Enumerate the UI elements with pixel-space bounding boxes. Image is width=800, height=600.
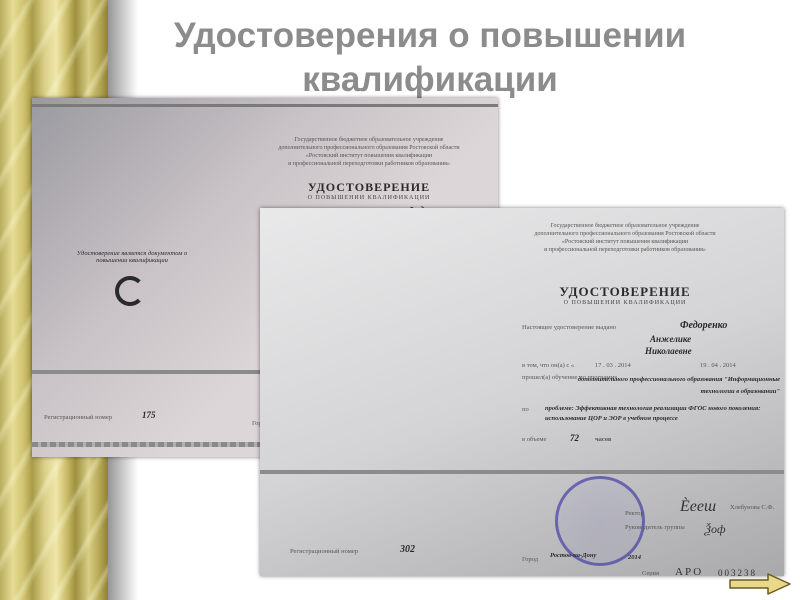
org-line: дополнительного профессионального образо… [490,230,760,238]
certificate-subheading: О ПОВЫШЕНИИ КВАЛИФИКАЦИИ [520,300,730,306]
org-line: Государственное бюджетное образовательно… [490,222,760,230]
city-label: Город [522,556,538,563]
date-to: 19 . 04 . 2014 [700,362,736,369]
rector-label: Ректор [625,510,644,517]
year: 2014 [628,554,641,561]
reg-label: Регистрационный номер [44,414,112,421]
first-name: Анжелике [650,334,691,344]
org-line: и профессиональной переподготовки работн… [254,160,484,168]
right-arrow-icon[interactable] [728,573,792,595]
certificate-heading: УДОСТОВЕРЕНИЕ [520,284,730,300]
certificate-photo-2: Государственное бюджетное образовательно… [260,208,784,576]
hours: 72 [570,433,579,443]
org-line: дополнительного профессионального образо… [254,144,484,152]
top-border [32,104,498,107]
left-panel-text: Удостоверение является документом о повы… [62,250,202,264]
divider-band [260,470,784,474]
series-label: Серия [642,570,659,576]
org-line: «Ростовский институт повышения квалифика… [490,238,760,246]
period-label: в том, что он(а) с « [522,362,574,369]
surname: Федоренко [680,320,727,331]
secretary-signature: Ѯоф [705,522,725,537]
reg-number: 175 [142,410,156,420]
topic: проблеме: Эффективная технология реализа… [545,404,780,424]
org-block: Государственное бюджетное образовательно… [490,222,760,254]
city: Ростов-на-Дону [550,552,596,559]
slide-title-line2: квалификации [130,58,730,102]
secretary-label: Руководитель группы [625,524,685,531]
patronymic: Николаевне [645,346,692,356]
slide-title-line1: Удостоверения о повышении [130,14,730,58]
program: дополнительного профессионального образо… [560,374,780,398]
certificate-heading: УДОСТОВЕРЕНИЕ [264,180,474,195]
topic-label: по [522,406,529,413]
ecert-logo-icon [115,276,145,306]
org-line: Государственное бюджетное образовательно… [254,136,484,144]
reg-label: Регистрационный номер [290,548,358,555]
org-line: и профессиональной переподготовки работн… [490,246,760,254]
issued-label: Настоящее удостоверение выдано [522,324,616,331]
reg-number: 302 [400,544,415,555]
org-line: «Ростовский институт повышения квалифика… [254,152,484,160]
org-block: Государственное бюджетное образовательно… [254,136,484,168]
slide-title: Удостоверения о повышении квалификации [130,14,730,102]
rector-name: Хлебунова С.Ф. [730,504,774,511]
series: АРО [675,566,703,576]
volume-label: в объеме [522,436,546,443]
rector-signature: Ѐееш [680,498,716,516]
certificate-subheading: О ПОВЫШЕНИИ КВАЛИФИКАЦИИ [264,195,474,201]
date-from: 17 . 03 . 2014 [595,362,631,369]
hours-unit: часов [595,436,611,443]
